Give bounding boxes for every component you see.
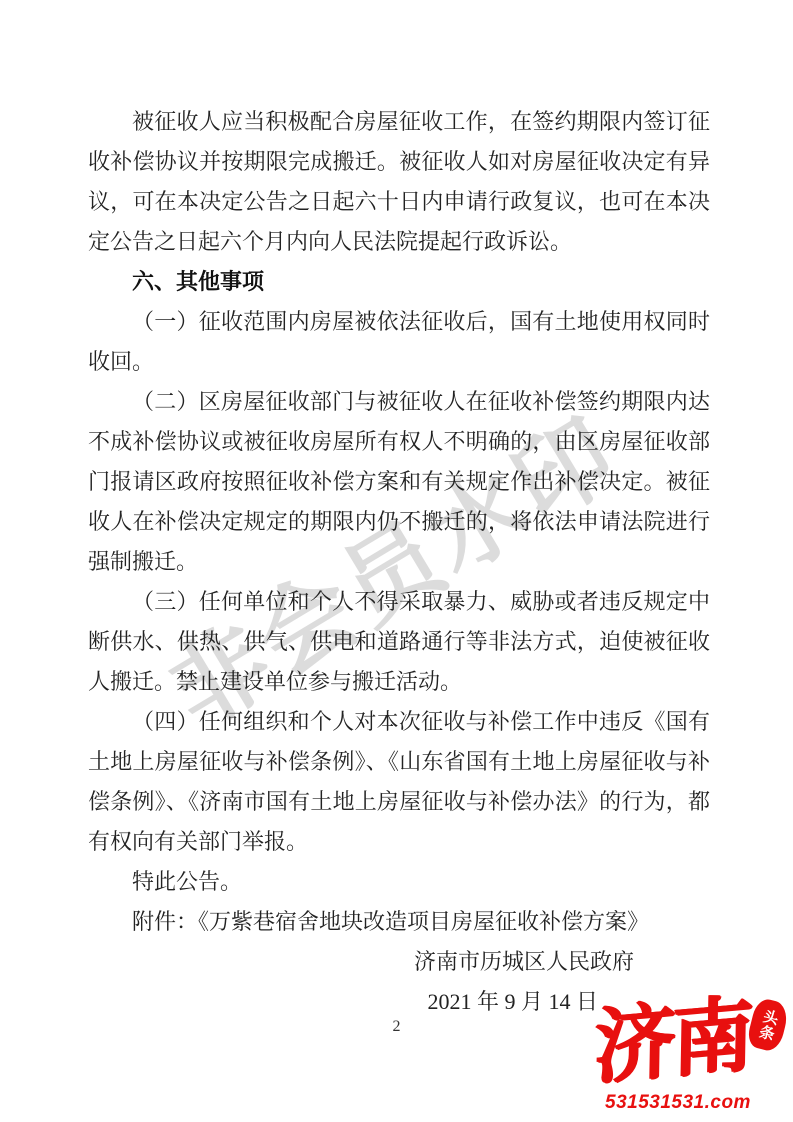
closing-line: 特此公告。 <box>88 862 710 902</box>
attachment-line: 附件：《万紫巷宿舍地块改造项目房屋征收补偿方案》 <box>88 902 710 942</box>
issuer-line: 济南市历城区人民政府 <box>88 942 710 982</box>
page-number: 2 <box>0 1018 793 1036</box>
clause-3: （三）任何单位和个人不得采取暴力、威胁或者违反规定中断供水、供热、供气、供电和道… <box>88 582 710 702</box>
clause-2: （二）区房屋征收部门与被征收人在征收补偿签约期限内达不成补偿协议或被征收房屋所有… <box>88 382 710 582</box>
clause-1: （一）征收范围内房屋被依法征收后，国有土地使用权同时收回。 <box>88 302 710 382</box>
paragraph-intro: 被征收人应当积极配合房屋征收工作，在签约期限内签订征收补偿协议并按期限完成搬迁。… <box>88 102 710 262</box>
document-page: 非会员水印 被征收人应当积极配合房屋征收工作，在签约期限内签订征收补偿协议并按期… <box>0 0 793 1122</box>
section-heading: 六、其他事项 <box>88 262 710 302</box>
logo-url-text: 531531531.com <box>605 1092 751 1114</box>
clause-4: （四）任何组织和个人对本次征收与补偿工作中违反《国有土地上房屋征收与补偿条例》、… <box>88 702 710 862</box>
document-body: 被征收人应当积极配合房屋征收工作，在签约期限内签订征收补偿协议并按期限完成搬迁。… <box>88 102 710 1022</box>
date-line: 2021 年 9 月 14 日 <box>88 982 710 1022</box>
